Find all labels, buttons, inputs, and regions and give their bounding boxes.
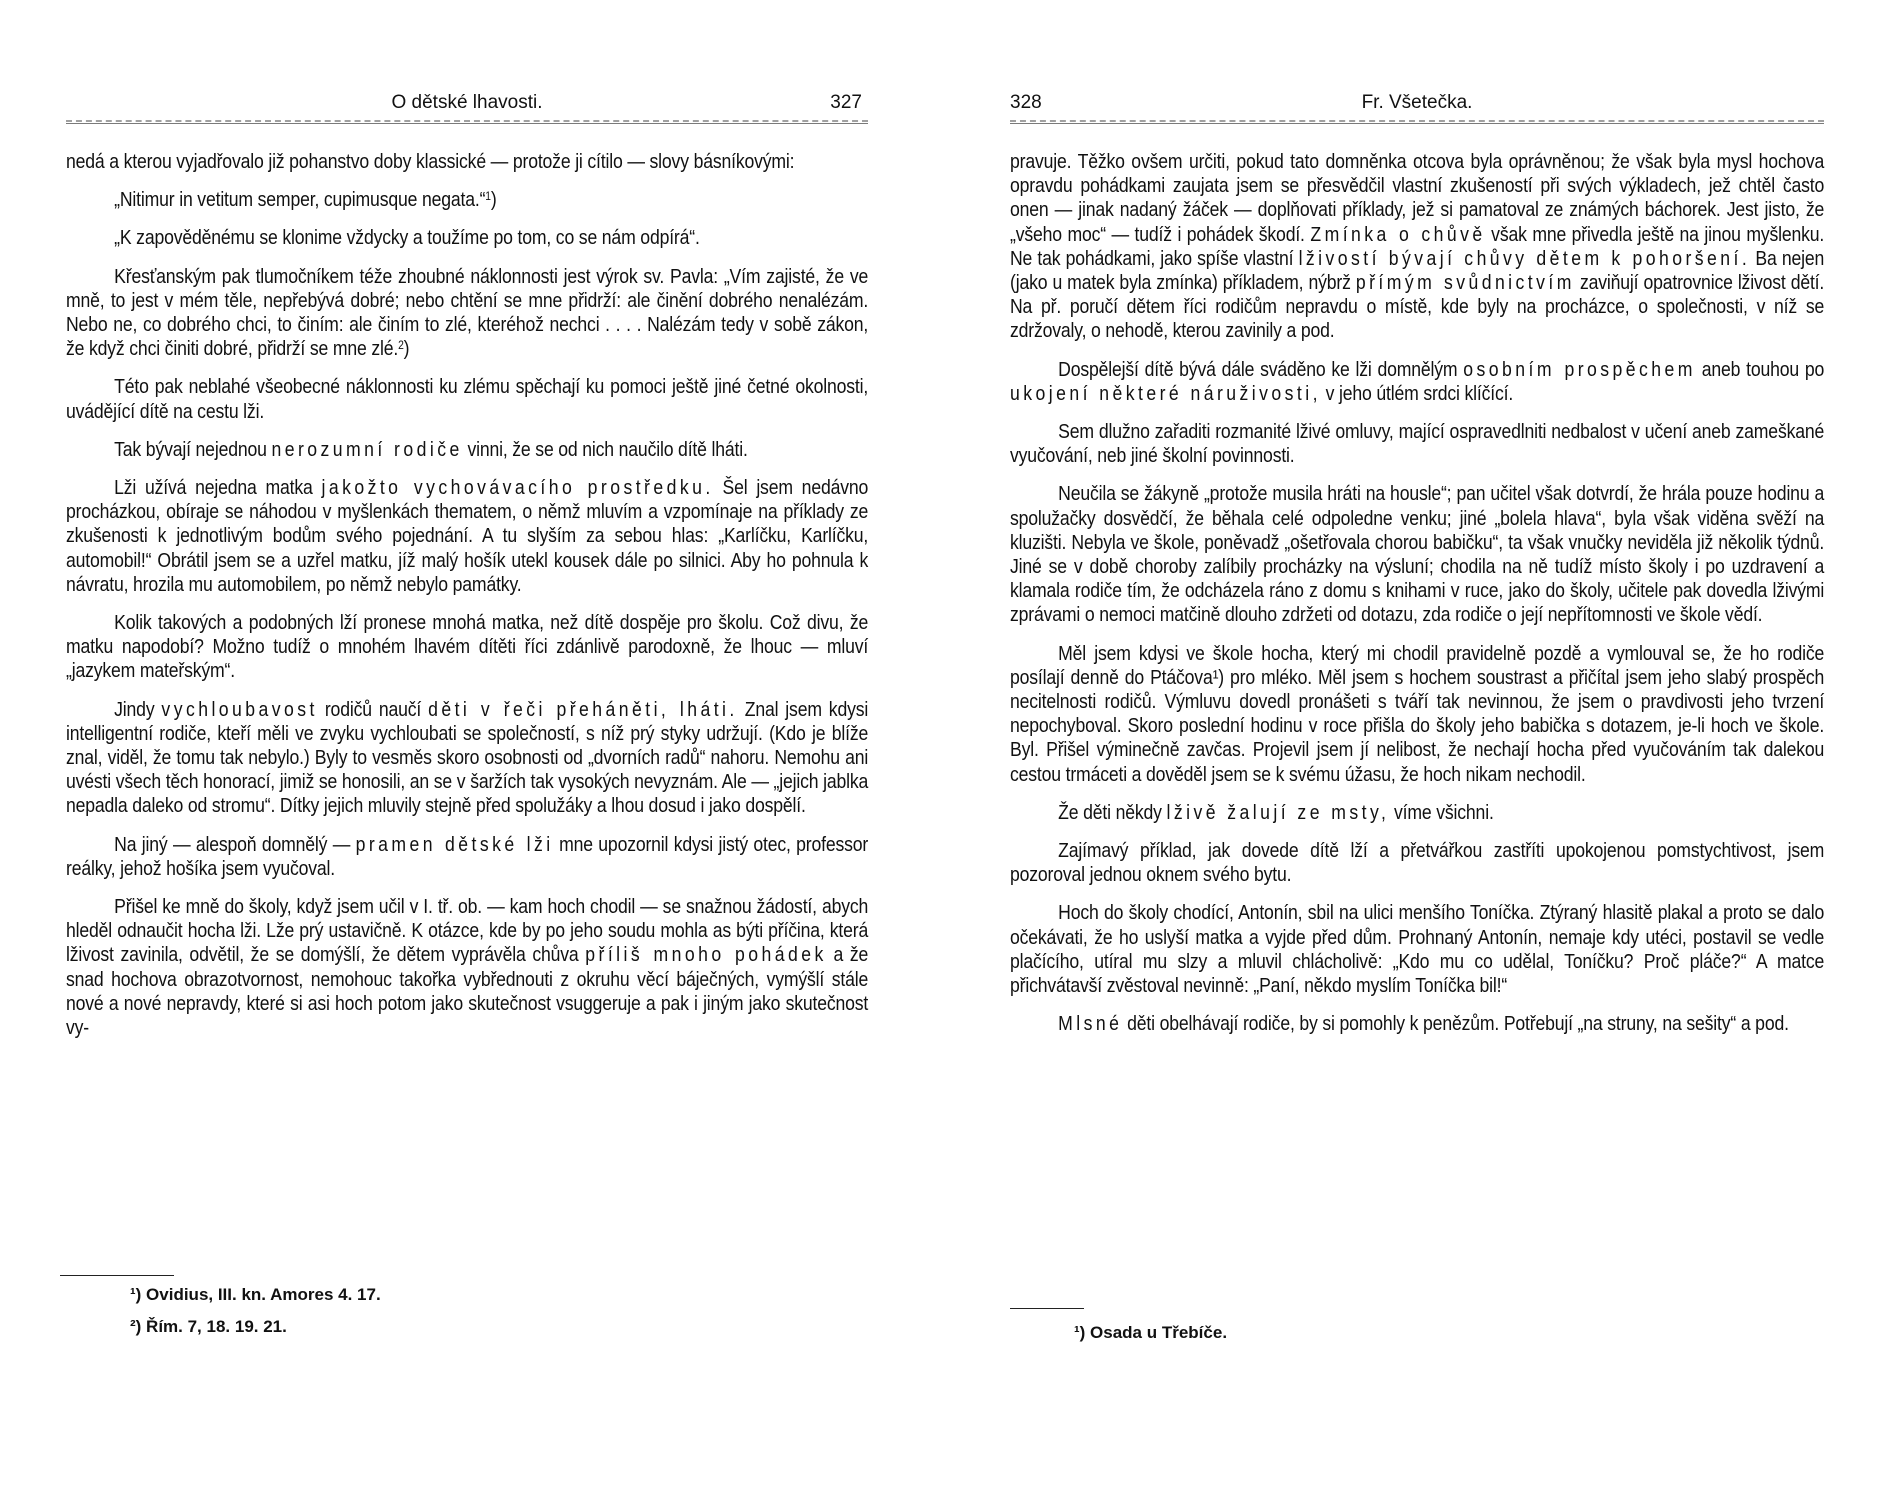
footnotes: ¹) Ovidius, III. kn. Amores 4. 17. ²) Ří… bbox=[66, 1284, 868, 1348]
emphasis-spaced: lživostí bývají chůvy dětem k pohoršení. bbox=[1299, 247, 1751, 270]
paragraph: Tak bývají nejednou nerozumní rodiče vin… bbox=[66, 438, 868, 462]
paragraph: „Nitimur in vetitum semper, cupimusque n… bbox=[66, 188, 868, 212]
paragraph: Sem dlužno zařaditi rozmanité lživé omlu… bbox=[1010, 420, 1824, 468]
running-title: O dětské lhavosti. bbox=[66, 92, 868, 114]
page-body: nedá a kterou vyjadřovalo již pohanstvo … bbox=[66, 150, 868, 1054]
footnote-1: ¹) Ovidius, III. kn. Amores 4. 17. bbox=[66, 1284, 868, 1306]
header-rule-solid bbox=[66, 123, 868, 124]
header-rule bbox=[66, 120, 868, 122]
emphasis-spaced: pramen dětské lži bbox=[356, 833, 554, 856]
footnote-rule bbox=[1010, 1308, 1084, 1309]
running-head: O dětské lhavosti. 327 bbox=[66, 92, 868, 114]
text-column: nedá a kterou vyjadřovalo již pohanstvo … bbox=[66, 150, 868, 1040]
emphasis-spaced: nerozumní rodiče bbox=[271, 438, 462, 461]
emphasis-spaced: Zmínka o chůvě bbox=[1310, 223, 1485, 246]
emphasis-spaced: děti v řeči přeháněti, lháti. bbox=[428, 698, 738, 721]
paragraph: Přišel ke mně do školy, když jsem učil v… bbox=[66, 895, 868, 1040]
paragraph: Lži užívá nejedna matka jakožto vychováv… bbox=[66, 476, 868, 597]
page-number: 327 bbox=[830, 92, 862, 114]
paragraph: Zajímavý příklad, jak dovede dítě lží a … bbox=[1010, 839, 1824, 887]
paragraph: Jindy vychloubavost rodičů naučí děti v … bbox=[66, 698, 868, 819]
emphasis-spaced: Mlsné bbox=[1058, 1012, 1122, 1035]
paragraph: nedá a kterou vyjadřovalo již pohanstvo … bbox=[66, 150, 868, 174]
footnote-ref: 1 bbox=[485, 189, 491, 203]
paragraph: Že děti někdy lživě žalují ze msty, víme… bbox=[1010, 801, 1824, 825]
running-head: 328 Fr. Všetečka. bbox=[1010, 92, 1824, 114]
emphasis-spaced: příliš mnoho pohádek bbox=[585, 943, 826, 966]
paragraph: Neučila se žákyně „protože musila hráti … bbox=[1010, 482, 1824, 627]
header-rule bbox=[1010, 120, 1824, 122]
running-title: Fr. Všetečka. bbox=[1010, 92, 1824, 114]
paragraph: Na jiný — alespoň domnělý — pramen dětsk… bbox=[66, 833, 868, 881]
paragraph: Měl jsem kdysi ve škole hocha, který mi … bbox=[1010, 642, 1824, 787]
header-rule-solid bbox=[1010, 123, 1824, 124]
emphasis-spaced: přímým svůdnictvím bbox=[1356, 271, 1575, 294]
paragraph: Mlsné děti obelhávají rodiče, by si pomo… bbox=[1010, 1012, 1824, 1036]
footnotes: ¹) Osada u Třebíče. bbox=[1010, 1322, 1824, 1354]
footnote-1: ¹) Osada u Třebíče. bbox=[1010, 1322, 1824, 1344]
footnote-ref: 2 bbox=[398, 338, 404, 352]
emphasis-spaced: ukojení některé náruživosti, bbox=[1010, 382, 1321, 405]
text-column: pravuje. Těžko ovšem určiti, pokud tato … bbox=[1010, 150, 1824, 1037]
footnote-rule bbox=[60, 1275, 174, 1276]
paragraph: pravuje. Těžko ovšem určiti, pokud tato … bbox=[1010, 150, 1824, 344]
page-body: pravuje. Těžko ovšem určiti, pokud tato … bbox=[1010, 150, 1824, 1051]
emphasis-spaced: jakožto vychovávacího prostředku. bbox=[321, 476, 713, 499]
emphasis-spaced: osobním prospěchem bbox=[1463, 358, 1696, 381]
emphasis-spaced: vychloubavost bbox=[161, 698, 317, 721]
emphasis-spaced: lživě žalují ze msty, bbox=[1166, 801, 1389, 824]
paragraph: Této pak neblahé všeobecné náklonnosti k… bbox=[66, 375, 868, 423]
paragraph: Hoch do školy chodící, Antonín, sbil na … bbox=[1010, 901, 1824, 998]
paragraph: Kolik takových a podobných lží pronese m… bbox=[66, 611, 868, 684]
paragraph: „K zapověděnému se klonime vždycky a tou… bbox=[66, 226, 868, 250]
paragraph: Dospělejší dítě bývá dále sváděno ke lži… bbox=[1010, 358, 1824, 406]
footnote-2: ²) Řím. 7, 18. 19. 21. bbox=[66, 1316, 868, 1338]
paragraph: Křesťanským pak tlumočníkem téže zhoubné… bbox=[66, 265, 868, 362]
